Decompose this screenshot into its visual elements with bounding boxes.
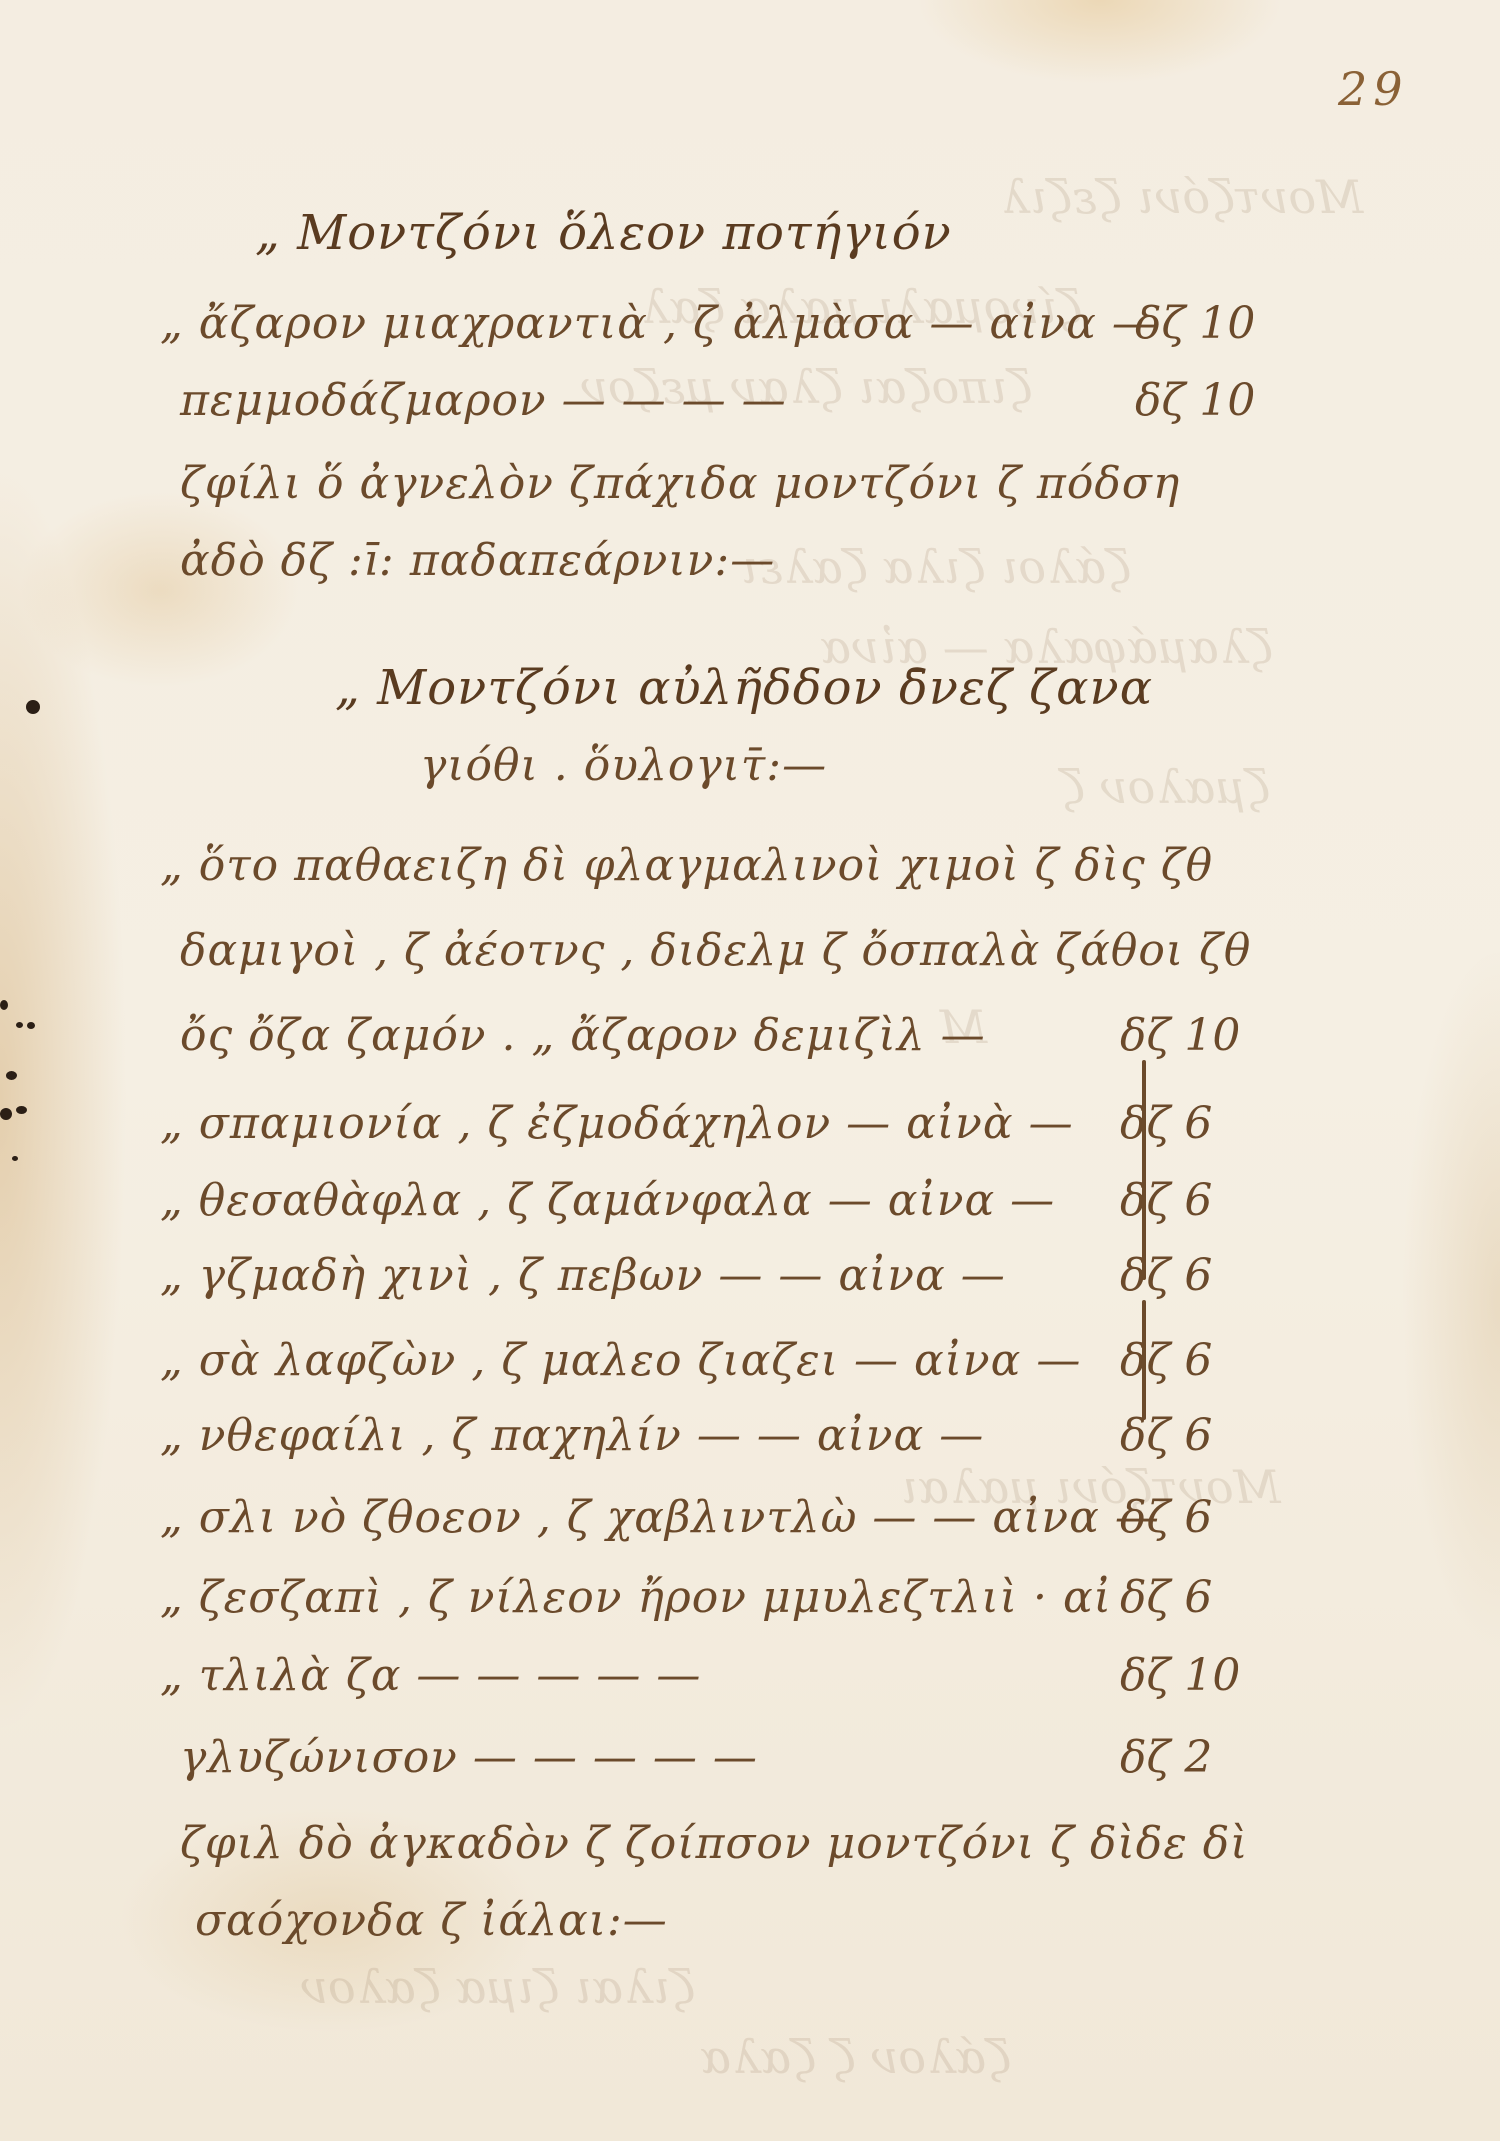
recipe-line: „ ἄζαρον μιαχραντιὰ , ζ ἀλμὰσα — αἰνα — (160, 298, 1157, 349)
ink-blot (26, 700, 40, 714)
bracket-stroke (1142, 1300, 1146, 1420)
bleed-through-text: ζιλαι ζιμα ζαλον (300, 1960, 695, 2014)
ink-blot (0, 1000, 8, 1010)
quantity: δζ 6 (1120, 1335, 1212, 1386)
ink-blot (16, 1106, 27, 1114)
page-number: 29 (1338, 62, 1409, 116)
recipe-line: „ σπαμιονία , ζ ἐζμοδάχηλον — αἰνὰ — (160, 1098, 1074, 1149)
bracket-stroke (1142, 1060, 1146, 1280)
section-heading: „ Μοντζόνι ὅλεον ποτήγιόν (255, 205, 952, 261)
recipe-line: „ σλι νὸ ζθοεον , ζ χαβλιντλὼ — — αἰνα — (160, 1492, 1160, 1543)
quantity: δζ 2 (1120, 1732, 1212, 1783)
recipe-line: „ νθεφαίλι , ζ παχηλίν — — αἰνα — (160, 1410, 984, 1461)
recipe-line: „ ζεσζαπὶ , ζ νίλεον ἤρον μμυλεζτλιὶ · α… (160, 1572, 1112, 1623)
quantity: δζ 6 (1120, 1492, 1212, 1543)
recipe-line: „ θεσαθὰφλα , ζ ζαμάνφαλα — αἰνα — (160, 1175, 1055, 1226)
recipe-line: σαόχονδα ζ ἰάλαι:— (195, 1895, 668, 1946)
section-subheading: γιόθι . ὅυλογιτ̄:— (420, 740, 827, 791)
ink-blot (12, 1156, 18, 1161)
ink-blot (6, 1071, 17, 1080)
quantity: δζ 6 (1120, 1250, 1212, 1301)
ink-blot (0, 1108, 12, 1120)
recipe-line: πεμμοδάζμαρον — — — — (180, 375, 787, 426)
recipe-line: ζφίλι ὅ ἀγνελὸν ζπάχιδα μοντζόνι ζ πόδση (180, 458, 1180, 509)
recipe-line: „ ὅτο παθαειζη δὶ φλαγμαλινοὶ χιμοὶ ζ δὶ… (160, 840, 1213, 891)
recipe-line: „ τλιλὰ ζα — — — — — (160, 1650, 701, 1701)
quantity: δζ 10 (1135, 375, 1255, 426)
quantity: δζ 6 (1120, 1572, 1212, 1623)
recipe-line: „ σὰ λαφζὼν , ζ μαλεο ζιαζει — αἰνα — (160, 1335, 1081, 1386)
recipe-line: ὄς ὄζα ζαμόν . „ ἄζαρον δεμιζὶλ — (180, 1010, 986, 1061)
recipe-line: ἀδὸ δζ :ī: παδαπεάρνιν:— (180, 535, 775, 586)
recipe-line: γλυζώνισον — — — — — (180, 1732, 758, 1783)
manuscript-page: Μοντζόνι ζεζιλ ζίνομαλι μαλα ζαλ ζιποζαι… (0, 0, 1500, 2141)
bleed-through-text: ζάλοι ζιλα ζαλει (740, 540, 1131, 594)
section-heading: „ Μοντζόνι αὐλῆδδον δ̄νεζ ζανα (335, 660, 1153, 716)
quantity: δζ 10 (1120, 1650, 1240, 1701)
quantity: δζ 10 (1120, 1010, 1240, 1061)
recipe-line: ζφιλ δὸ ἀγκαδὸν ζ ζοίπσον μοντζόνι ζ δὶδ… (180, 1818, 1249, 1869)
bleed-through-text: ζμαλον ζ (1060, 760, 1270, 814)
recipe-line: „ γζμαδὴ χινὶ , ζ πεβων — — αἰνα — (160, 1250, 1006, 1301)
recipe-line: δαμιγοὶ , ζ ἀέοτνς , διδελμ ζ ὄσπαλὰ ζάθ… (180, 925, 1251, 976)
quantity: δζ 6 (1120, 1175, 1212, 1226)
ink-blot (27, 1022, 35, 1029)
quantity: δζ 6 (1120, 1410, 1212, 1461)
ink-blot (16, 1022, 23, 1028)
quantity: δζ 10 (1135, 298, 1255, 349)
bleed-through-text: Μοντζόνι ζεζιλ (1000, 170, 1363, 224)
bleed-through-text: ζάλον ζ ζαλα (700, 2030, 1011, 2084)
quantity: δζ 6 (1120, 1098, 1212, 1149)
